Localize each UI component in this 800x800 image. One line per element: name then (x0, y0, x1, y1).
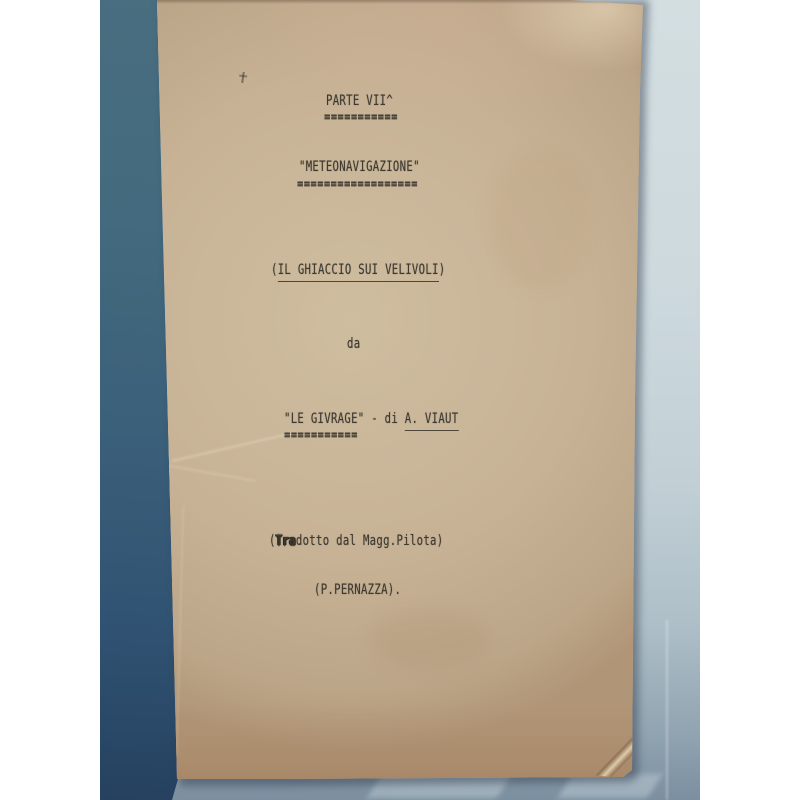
givrage-author-underlined: A. VIAUT (405, 411, 459, 431)
typed-line-ghiaccio: (IL GHIACCIO SUI VELIVOLI) (271, 263, 445, 277)
typed-line-pernazza: (P.PERNAZZA). (314, 583, 401, 597)
givrage-underline-rule: =========== (284, 428, 358, 442)
document-photo: PARTE VII^ =========== "METEONAVIGAZIONE… (100, 0, 700, 800)
document-page (100, 0, 700, 800)
givrage-mid: - di (365, 411, 405, 427)
page-crease (165, 464, 256, 482)
page-crease (171, 432, 293, 462)
paren-open: ( (271, 262, 278, 278)
typed-line-tradotto: (Tradotto dal Magg.Pilota) (269, 534, 443, 548)
typed-line-meteonavigazione: "METEONAVIGAZIONE" (299, 160, 420, 174)
meteonavigazione-underline-rule: ================== (297, 177, 418, 191)
typed-line-givrage: "LE GIVRAGE" - di A. VIAUT (284, 412, 458, 426)
overstruck-text: Tra (276, 533, 296, 549)
page-stain (490, 150, 590, 290)
page-stain (370, 610, 490, 670)
tradotto-rest: dotto dal Magg.Pilota) (296, 533, 444, 549)
paren-open: ( (269, 533, 276, 549)
ghiaccio-title-underlined: IL GHIACCIO SUI VELIVOLI (278, 262, 439, 282)
photo-frame: { "colors": { "frame": "#ffffff", "backd… (0, 0, 800, 800)
givrage-quoted: "LE GIVRAGE" (284, 411, 365, 427)
ink-speck (241, 72, 245, 83)
page-crease (176, 505, 185, 755)
parte-underline-rule: =========== (324, 110, 398, 124)
paren-close: ) (439, 262, 446, 278)
typed-line-da: da (347, 337, 360, 351)
typed-line-parte: PARTE VII^ (326, 94, 393, 108)
